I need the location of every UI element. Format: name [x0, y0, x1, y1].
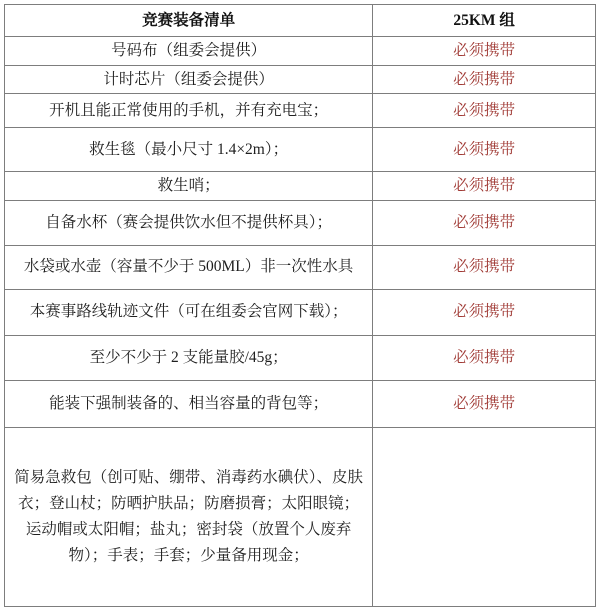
requirement-cell: 必须携带	[373, 37, 596, 66]
requirement-cell: 必须携带	[373, 335, 596, 380]
equipment-table: 竞赛装备清单 25KM 组 号码布（组委会提供） 必须携带 计时芯片（组委会提供…	[4, 4, 596, 607]
equipment-item-cell: 至少不少于 2 支能量胶/45g；	[5, 335, 373, 380]
requirement-cell: 必须携带	[373, 128, 596, 172]
requirement-cell	[373, 427, 596, 606]
equipment-item-cell: 开机且能正常使用的手机，并有充电宝；	[5, 94, 373, 128]
table-row: 本赛事路线轨迹文件（可在组委会官网下载）； 必须携带	[5, 289, 596, 335]
table-row: 至少不少于 2 支能量胶/45g； 必须携带	[5, 335, 596, 380]
equipment-item-cell: 号码布（组委会提供）	[5, 37, 373, 66]
requirement-cell: 必须携带	[373, 66, 596, 94]
table-row: 救生毯（最小尺寸 1.4×2m）； 必须携带	[5, 128, 596, 172]
table-row: 救生哨； 必须携带	[5, 172, 596, 200]
requirement-cell: 必须携带	[373, 380, 596, 427]
table-row: 水袋或水壶（容量不少于 500ML）非一次性水具 必须携带	[5, 245, 596, 289]
requirement-cell: 必须携带	[373, 245, 596, 289]
table-row: 简易急救包（创可贴、绷带、消毒药水碘伏）、皮肤衣；登山杖；防晒护肤品；防磨损膏；…	[5, 427, 596, 606]
requirement-cell: 必须携带	[373, 172, 596, 200]
table-row: 计时芯片（组委会提供） 必须携带	[5, 66, 596, 94]
equipment-item-cell: 计时芯片（组委会提供）	[5, 66, 373, 94]
equipment-item-cell: 水袋或水壶（容量不少于 500ML）非一次性水具	[5, 245, 373, 289]
equipment-item-cell: 救生哨；	[5, 172, 373, 200]
equipment-item-cell: 能装下强制装备的、相当容量的背包等；	[5, 380, 373, 427]
header-equipment-list: 竞赛装备清单	[5, 5, 373, 37]
requirement-cell: 必须携带	[373, 289, 596, 335]
requirement-cell: 必须携带	[373, 200, 596, 245]
equipment-item-cell: 简易急救包（创可贴、绷带、消毒药水碘伏）、皮肤衣；登山杖；防晒护肤品；防磨损膏；…	[5, 427, 373, 606]
requirement-cell: 必须携带	[373, 94, 596, 128]
equipment-item-cell: 自备水杯（赛会提供饮水但不提供杯具）；	[5, 200, 373, 245]
table-row: 能装下强制装备的、相当容量的背包等； 必须携带	[5, 380, 596, 427]
table-row: 自备水杯（赛会提供饮水但不提供杯具）； 必须携带	[5, 200, 596, 245]
header-25km-group: 25KM 组	[373, 5, 596, 37]
equipment-item-cell: 本赛事路线轨迹文件（可在组委会官网下载）；	[5, 289, 373, 335]
table-row: 开机且能正常使用的手机，并有充电宝； 必须携带	[5, 94, 596, 128]
equipment-item-cell: 救生毯（最小尺寸 1.4×2m）；	[5, 128, 373, 172]
table-row: 号码布（组委会提供） 必须携带	[5, 37, 596, 66]
header-row: 竞赛装备清单 25KM 组	[5, 5, 596, 37]
